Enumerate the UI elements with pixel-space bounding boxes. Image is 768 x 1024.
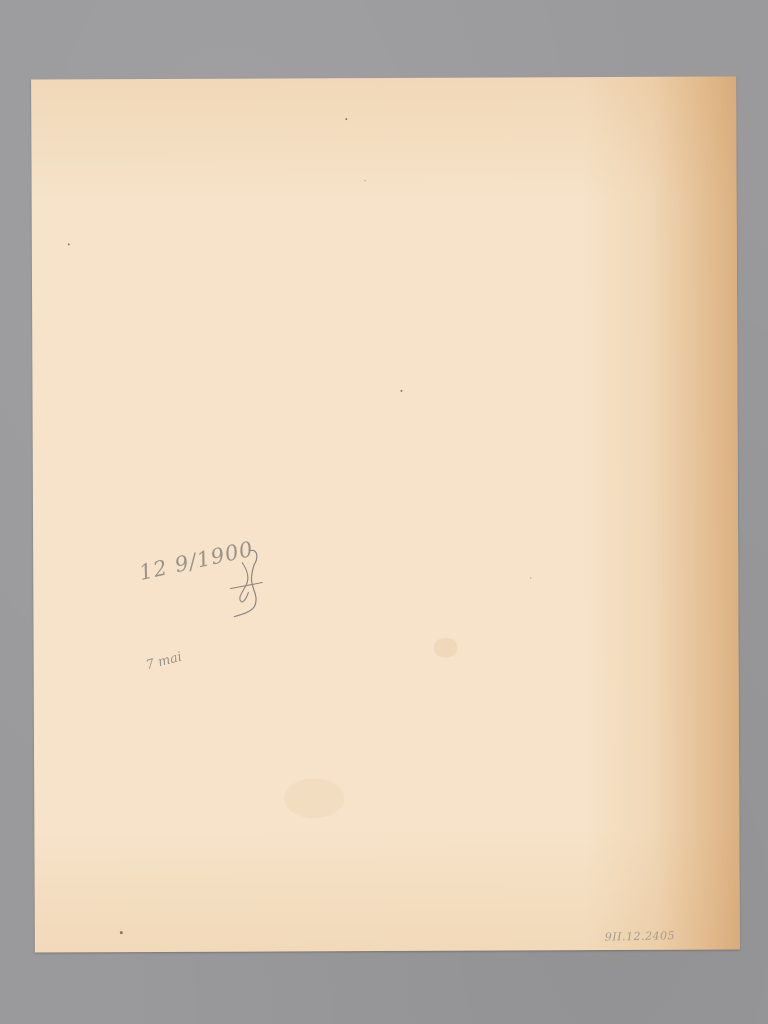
ink-speck <box>345 118 347 120</box>
ink-speck <box>530 577 531 578</box>
ink-speck <box>120 931 123 934</box>
paper-sheet: 12 9/1900 7 mai 9II.12.2405 <box>31 76 740 952</box>
ink-speck <box>68 243 70 245</box>
foxing-stain <box>434 638 458 658</box>
ink-speck <box>365 180 366 181</box>
catalog-number: 9II.12.2405 <box>605 929 675 944</box>
foxing-stain <box>284 778 344 818</box>
month-annotation: 7 mai <box>144 650 183 674</box>
ink-speck <box>400 390 402 392</box>
initials-signature <box>228 549 268 624</box>
